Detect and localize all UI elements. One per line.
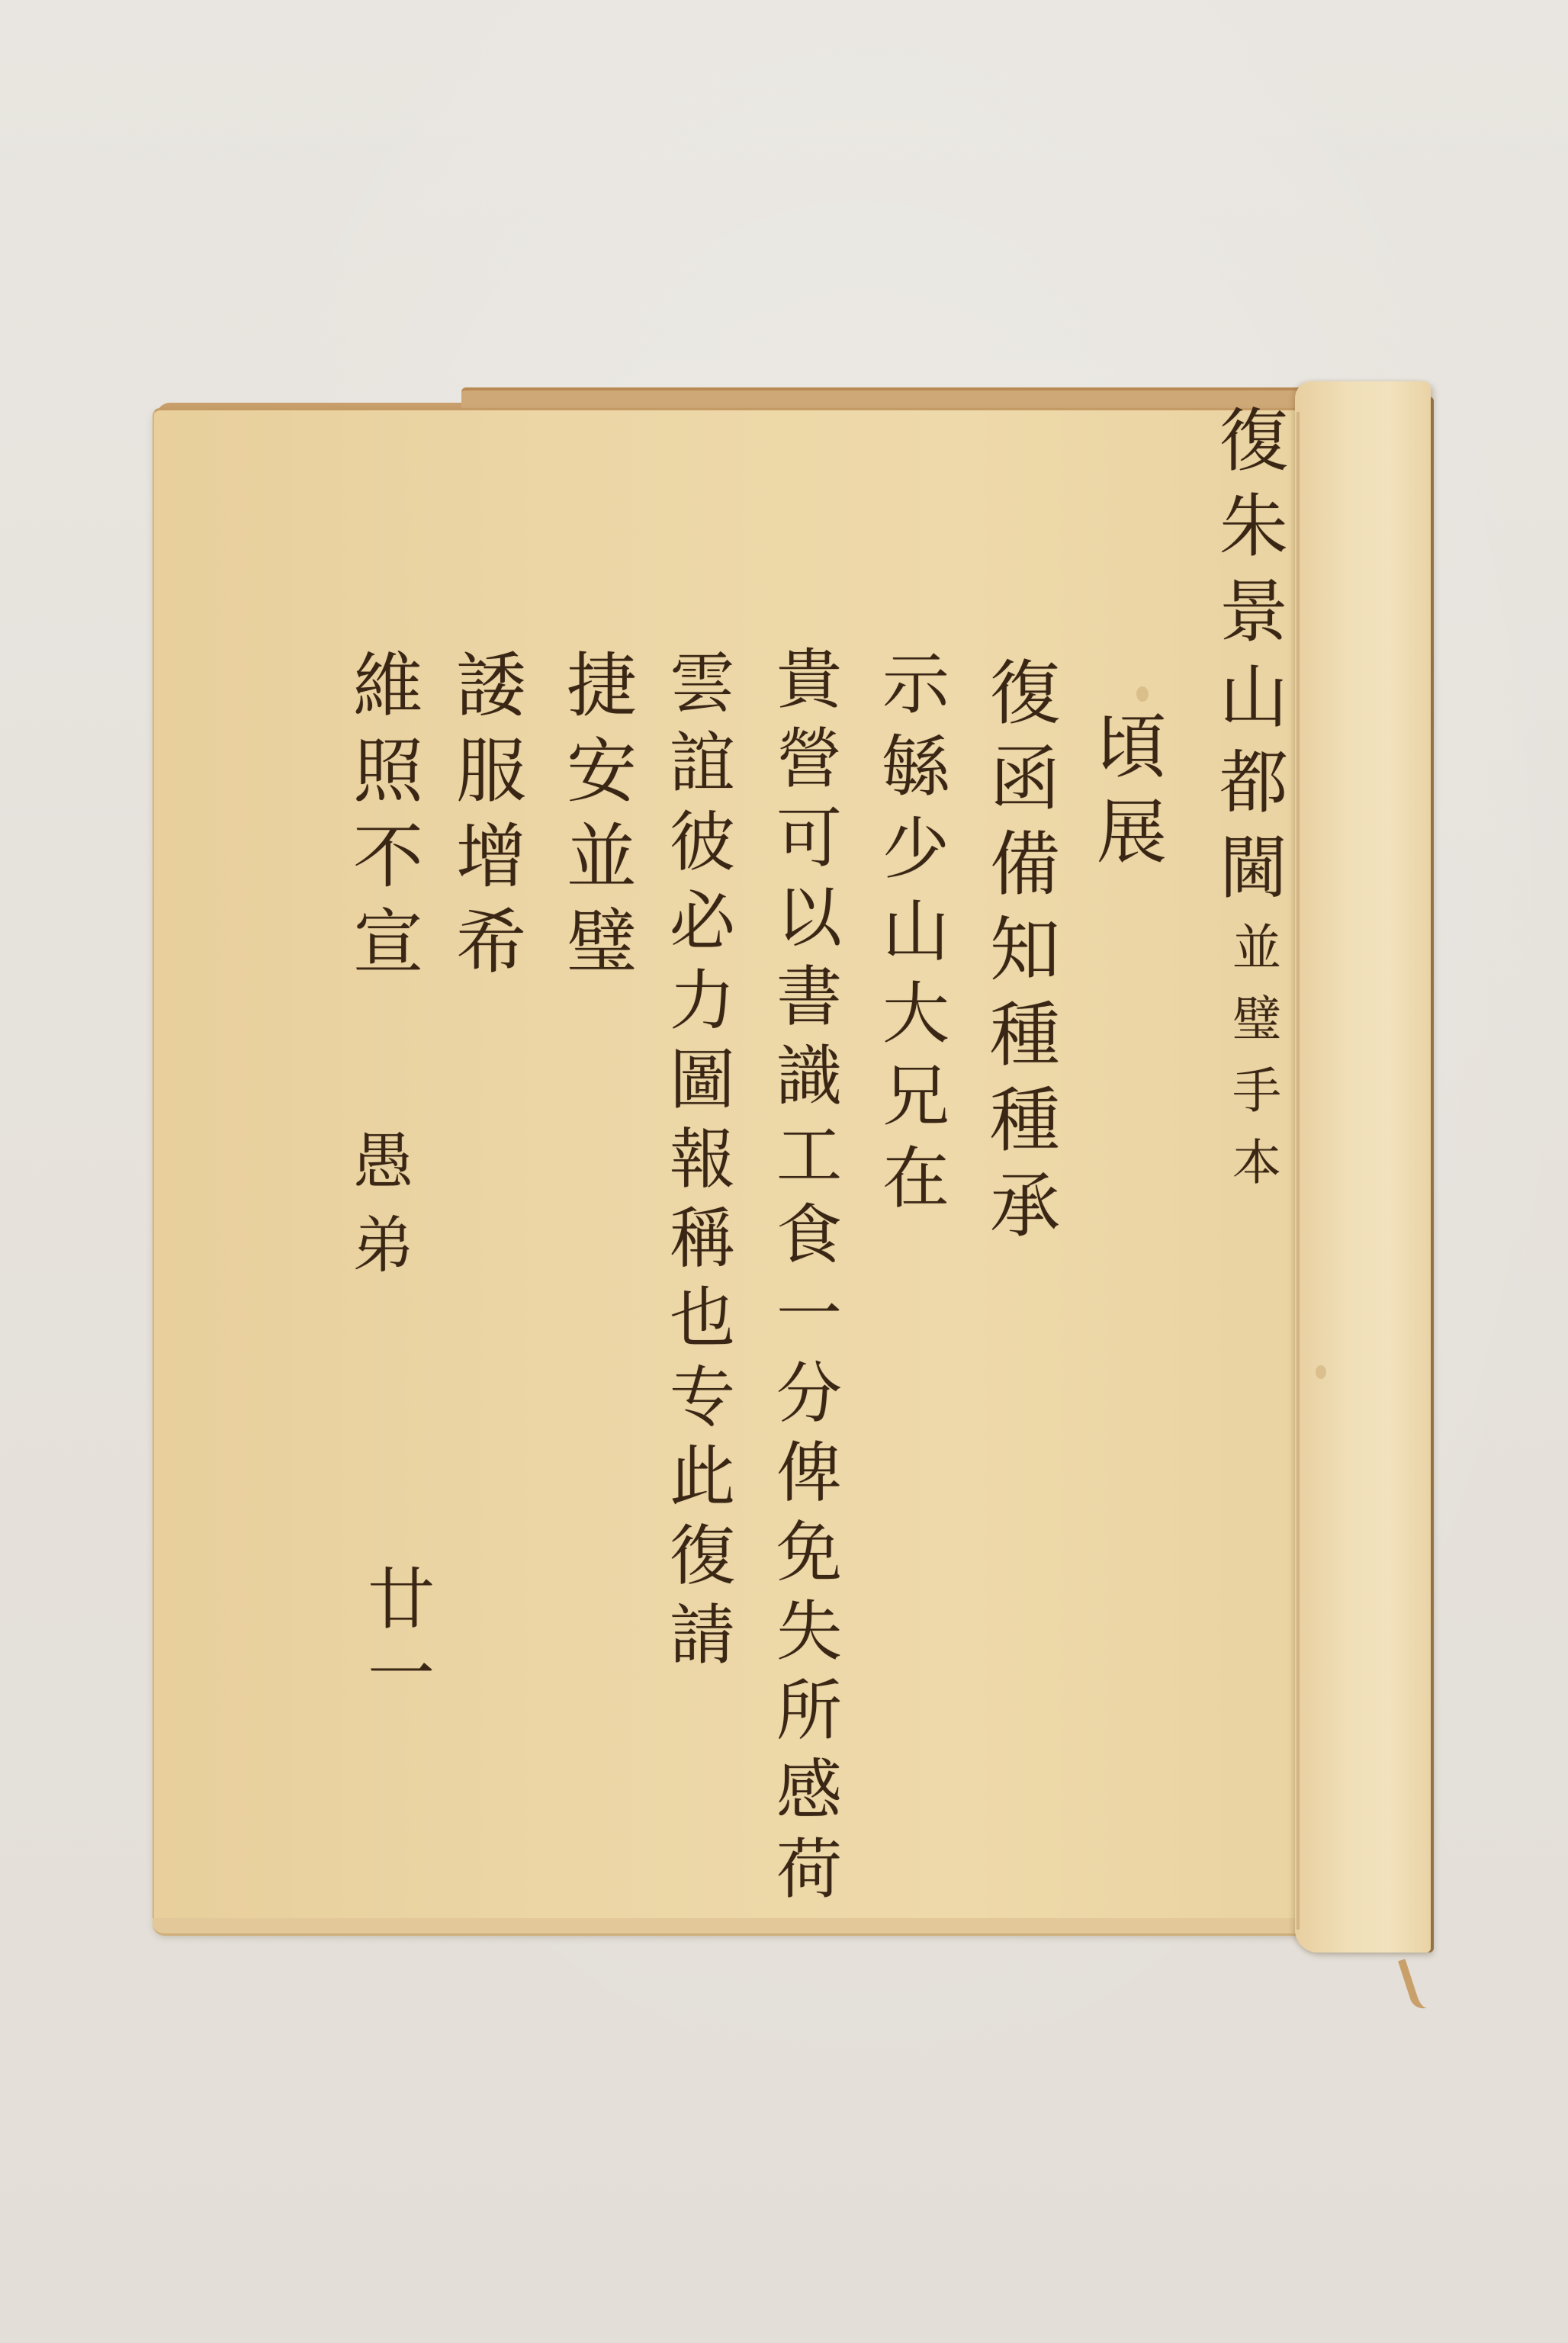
binding-string (1398, 1954, 1436, 2012)
letter-column-6: 捷安並璧 (561, 648, 631, 990)
letter-title: 復朱景山都閫 (1213, 404, 1281, 917)
flap-crease (1296, 412, 1300, 1930)
letter-column-1: 頃展 (1091, 709, 1161, 880)
signature: 愚弟 (347, 1129, 408, 1297)
date: 廿一 (362, 1564, 429, 1713)
letter-column-4: 貴營可以書識工食一分俾免失所感荷 (770, 644, 836, 1914)
title-annotation: 並璧手本 (1228, 921, 1277, 1208)
letter-column-5: 雲誼彼必力圖報稱也专此復請 (664, 648, 729, 1679)
letter-column-3: 示緐少山大兄在 (877, 648, 944, 1225)
paper-stain (1136, 686, 1149, 702)
page-bottom-edge (153, 1918, 1331, 1936)
paper-stain (1316, 1365, 1326, 1379)
letter-column-2: 復函備知種種承 (984, 656, 1054, 1254)
folded-flap (1295, 381, 1431, 1952)
letter-column-8: 維照不宣 (347, 648, 417, 990)
letter-column-7: 諉服增希 (450, 648, 520, 990)
